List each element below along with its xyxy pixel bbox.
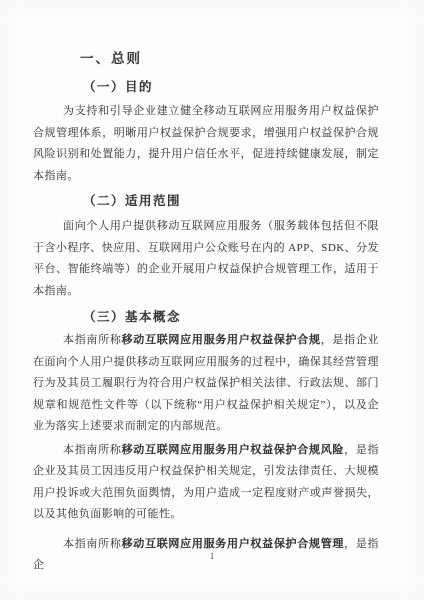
emphasized-term: 移动互联网应用服务用户权益保护合规管理 — [122, 538, 345, 550]
subsection-heading: （三）基本概念 — [83, 310, 379, 325]
body-paragraph: 面向个人用户提供移动互联网应用服务（服务载体包括但不限于含小程序、快应用、互联网… — [33, 216, 379, 302]
emphasized-term: 移动互联网应用服务用户权益保护合规风险 — [122, 444, 345, 456]
subsection-heading: （一）目的 — [83, 80, 379, 95]
section-heading: 一、总则 — [80, 51, 379, 67]
text-segment: ，是指企业在面向个人用户提供移动互联网应用服务的过程中，确保其经营管理行为及其员… — [33, 334, 379, 432]
body-paragraph: 本指南所称移动互联网应用服务用户权益保护合规风险，是指企业及其员工因违反用户权益… — [33, 440, 379, 526]
subsection-heading: （二）适用范围 — [83, 194, 379, 209]
text-segment: 为支持和引导企业建立健全移动互联网应用服务用户权益保护合规管理体系，明晰用户权益… — [33, 105, 379, 182]
text-segment: 面向个人用户提供移动互联网应用服务（服务载体包括但不限于含小程序、快应用、互联网… — [33, 220, 379, 297]
body-paragraph: 为支持和引导企业建立健全移动互联网应用服务用户权益保护合规管理体系，明晰用户权益… — [33, 101, 379, 187]
document-page: 一、总则（一）目的为支持和引导企业建立健全移动互联网应用服务用户权益保护合规管理… — [0, 0, 424, 600]
page-number: 1 — [0, 550, 424, 562]
text-segment: 本指南所称 — [63, 538, 122, 550]
document-body: 一、总则（一）目的为支持和引导企业建立健全移动互联网应用服务用户权益保护合规管理… — [33, 0, 379, 577]
emphasized-term: 移动互联网应用服务用户权益保护合规 — [122, 334, 321, 346]
text-segment: 本指南所称 — [63, 334, 122, 346]
body-paragraph: 本指南所称移动互联网应用服务用户权益保护合规，是指企业在面向个人用户提供移动互联… — [33, 330, 379, 438]
text-segment: 本指南所称 — [63, 444, 122, 456]
